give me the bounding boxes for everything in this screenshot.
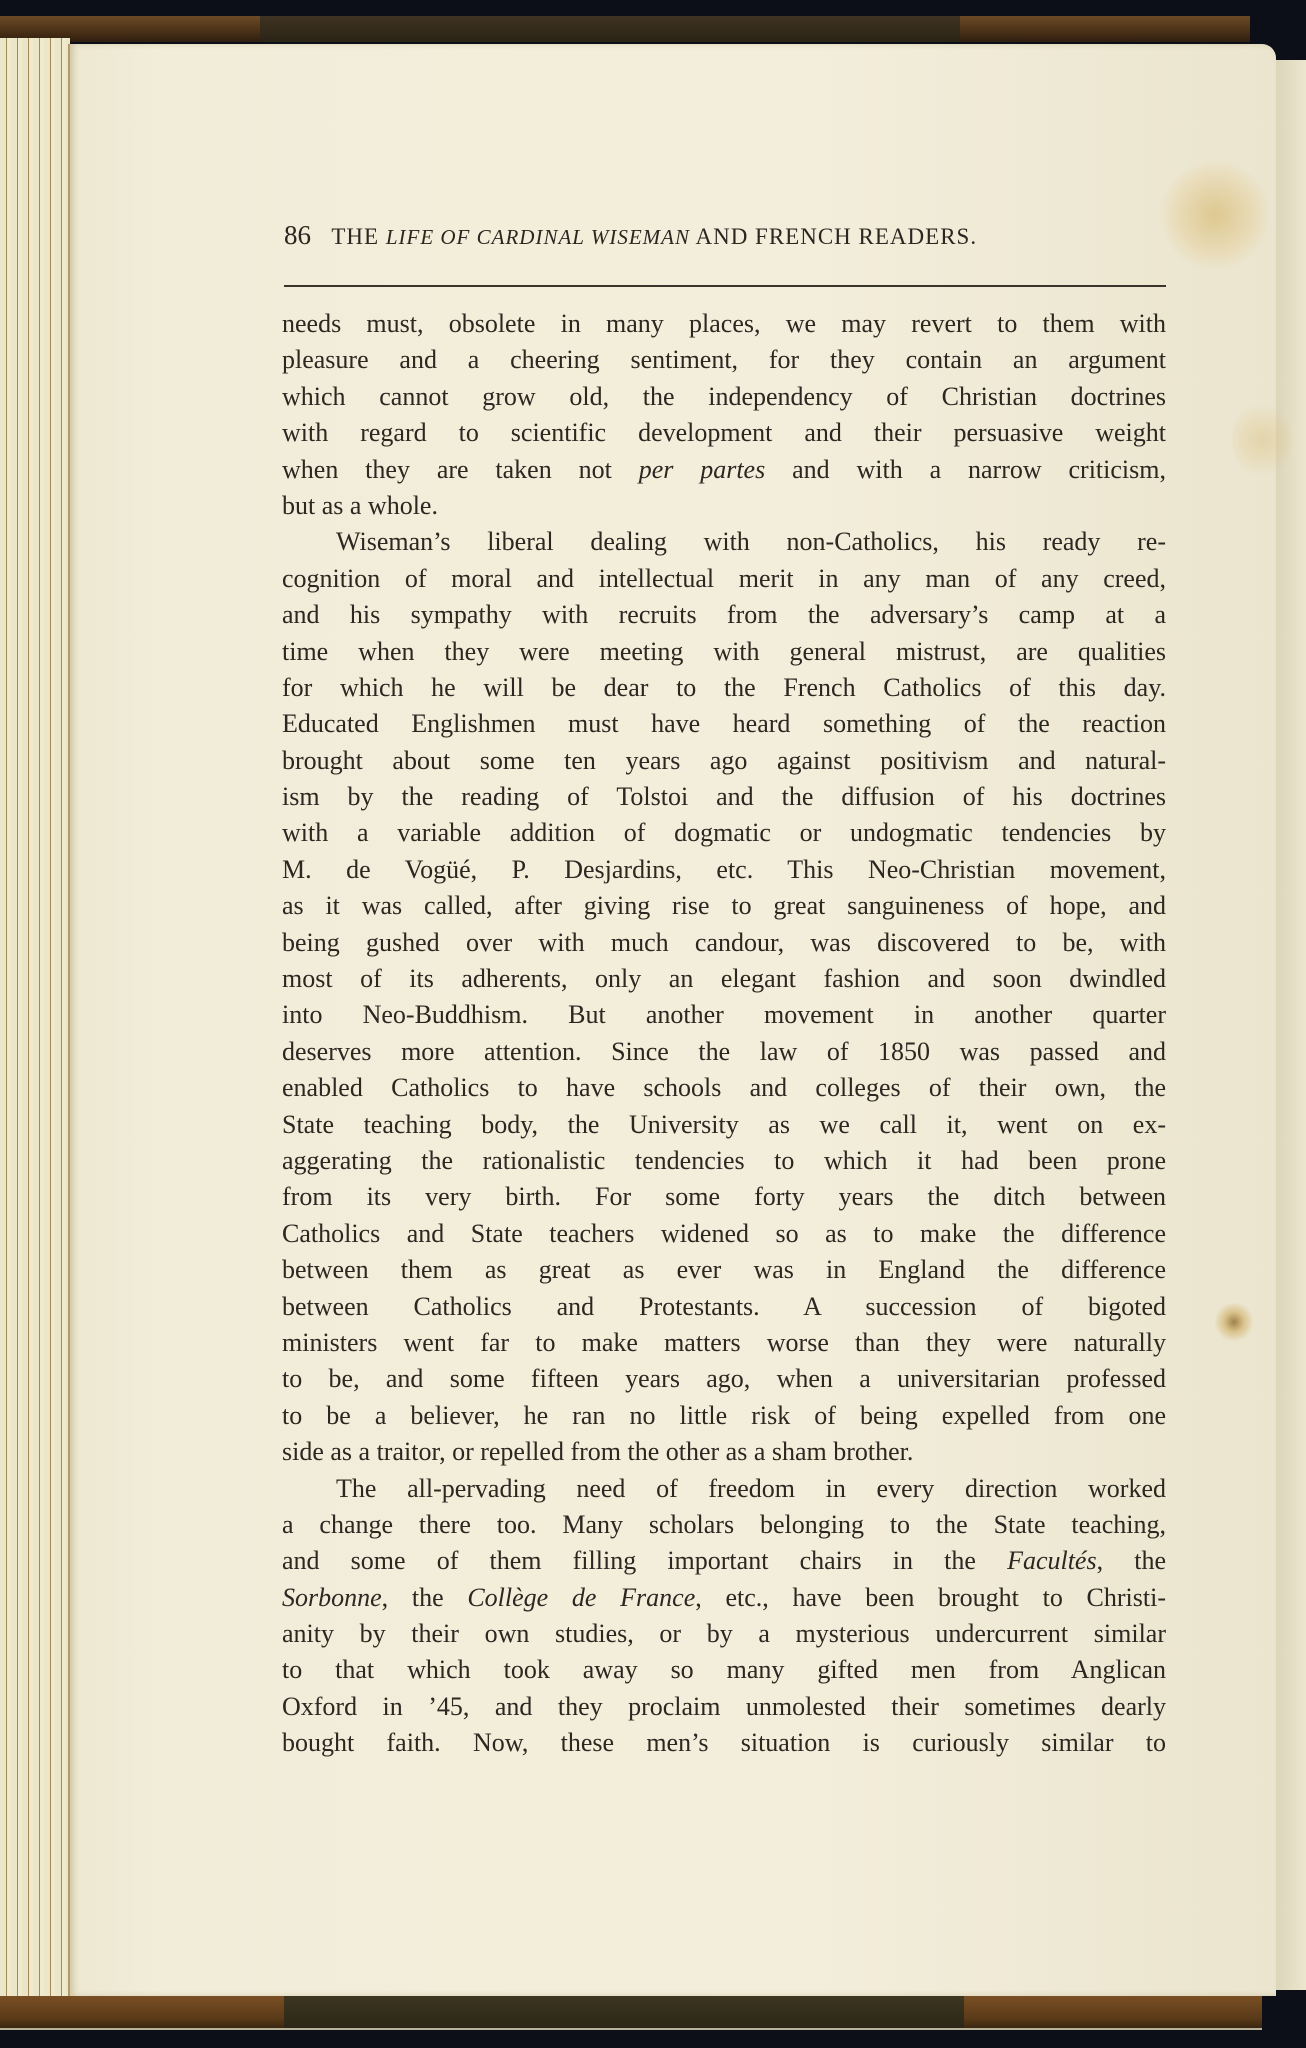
text-line: ism by the reading of Tolstoi and the di… xyxy=(282,779,1166,815)
text-line: between Catholics and Protestants. A suc… xyxy=(282,1289,1166,1325)
text-line: a change there too. Many scholars belong… xyxy=(282,1507,1166,1543)
text-line: The all-pervading need of freedom in eve… xyxy=(282,1471,1166,1507)
text-line: cognition of moral and intellectual meri… xyxy=(282,561,1166,597)
text-line: State teaching body, the University as w… xyxy=(282,1107,1166,1143)
text-line: to that which took away so many gifted m… xyxy=(282,1652,1166,1688)
italic-phrase: per partes xyxy=(639,455,766,484)
body-text: needs must, obsolete in many places, we … xyxy=(282,306,1166,1762)
text-line: ministers went far to make matters worse… xyxy=(282,1325,1166,1361)
text-line: being gushed over with much candour, was… xyxy=(282,925,1166,961)
running-head-title: LIFE OF CARDINAL WISEMAN xyxy=(386,225,690,249)
foxing-stain xyxy=(1214,1302,1254,1342)
text-line: Wiseman’s liberal dealing with non-Catho… xyxy=(282,524,1166,560)
text-line: between them as great as ever was in Eng… xyxy=(282,1252,1166,1288)
text-line: anity by their own studies, or by a myst… xyxy=(282,1616,1166,1652)
text-line: when they are taken not per partes and w… xyxy=(282,452,1166,488)
text-line: but as a whole. xyxy=(282,488,1166,524)
text-line: with regard to scientific development an… xyxy=(282,415,1166,451)
text-line: which cannot grow old, the independency … xyxy=(282,379,1166,415)
text-line: Catholics and State teachers widened so … xyxy=(282,1216,1166,1252)
foxing-stain xyxy=(1160,160,1270,270)
text-line: most of its adherents, only an elegant f… xyxy=(282,961,1166,997)
foxing-stain xyxy=(1232,400,1292,480)
cover-cloth-panel xyxy=(284,1996,964,2028)
text-line: enabled Catholics to have schools and co… xyxy=(282,1070,1166,1106)
running-head-suffix: AND FRENCH READERS. xyxy=(695,224,977,249)
text-line: into Neo-Buddhism. But another movement … xyxy=(282,997,1166,1033)
text-line: M. de Vogüé, P. Desjardins, etc. This Ne… xyxy=(282,852,1166,888)
text-line: from its very birth. For some forty year… xyxy=(282,1179,1166,1215)
italic-phrase: Collège de France xyxy=(467,1583,695,1612)
text-line: and his sympathy with recruits from the … xyxy=(282,597,1166,633)
text-line: for which he will be dear to the French … xyxy=(282,670,1166,706)
text-line: brought about some ten years ago against… xyxy=(282,743,1166,779)
text-line: Sorbonne, the Collège de France, etc., h… xyxy=(282,1580,1166,1616)
text-line: to be a believer, he ran no little risk … xyxy=(282,1398,1166,1434)
italic-phrase: Sorbonne xyxy=(282,1583,382,1612)
text-line: as it was called, after giving rise to g… xyxy=(282,888,1166,924)
paragraph: needs must, obsolete in many places, we … xyxy=(282,306,1166,524)
text-line: aggerating the rationalistic tendencies … xyxy=(282,1143,1166,1179)
cover-cloth-panel xyxy=(260,16,960,42)
paragraph: Wiseman’s liberal dealing with non-Catho… xyxy=(282,524,1166,1470)
text-line: with a variable addition of dogmatic or … xyxy=(282,815,1166,851)
text-line: Oxford in ’45, and they proclaim unmoles… xyxy=(282,1689,1166,1725)
header-rule xyxy=(284,285,1166,287)
paragraph: The all-pervading need of freedom in eve… xyxy=(282,1471,1166,1762)
text-line: pleasure and a cheering sentiment, for t… xyxy=(282,342,1166,378)
running-head-prefix: THE xyxy=(331,224,379,249)
text-line: and some of them filling important chair… xyxy=(282,1543,1166,1579)
text-line: deserves more attention. Since the law o… xyxy=(282,1034,1166,1070)
book-cover-bottom-edge xyxy=(0,1996,1262,2030)
text-line: time when they were meeting with general… xyxy=(282,634,1166,670)
italic-phrase: Facultés xyxy=(1007,1546,1097,1575)
text-line: bought faith. Now, these men’s situation… xyxy=(282,1725,1166,1761)
text-line: Educated Englishmen must have heard some… xyxy=(282,706,1166,742)
text-line: side as a traitor, or repelled from the … xyxy=(282,1434,1166,1470)
text-line: to be, and some fifteen years ago, when … xyxy=(282,1361,1166,1397)
text-line: needs must, obsolete in many places, we … xyxy=(282,306,1166,342)
page-number: 86 xyxy=(284,220,311,250)
page-stack-edges xyxy=(0,38,70,1998)
running-head: 86 THE LIFE OF CARDINAL WISEMAN AND FREN… xyxy=(284,220,1164,251)
book-cover-top-edge xyxy=(0,16,1250,42)
